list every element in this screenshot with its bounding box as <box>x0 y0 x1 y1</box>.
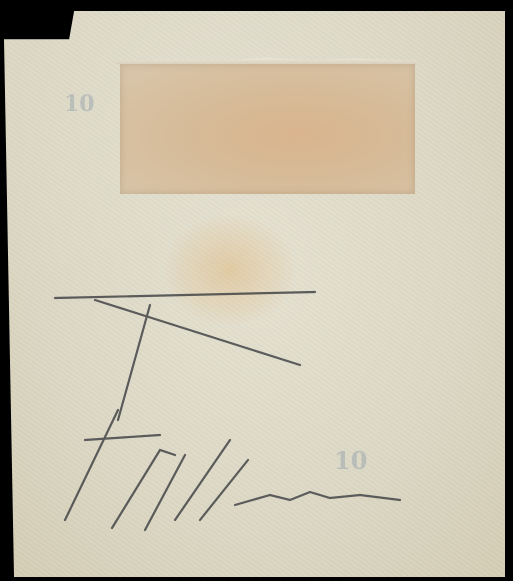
pencil-markings <box>0 0 513 581</box>
